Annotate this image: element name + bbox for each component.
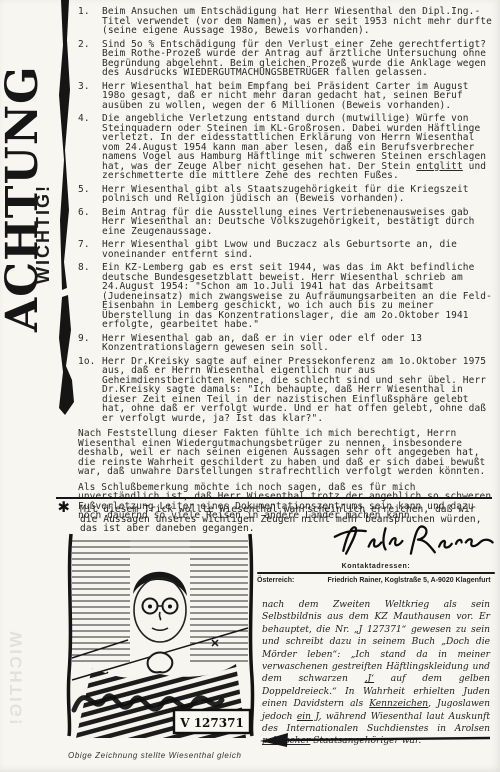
- list-item: 9. Herr Wiesenthal gab an, daß er in vie…: [78, 334, 492, 353]
- asterisk-icon: ✱: [58, 502, 70, 512]
- document-page: ACHTUNG WICHTIG! WICHTIG! 1. Beim Ansuch…: [0, 0, 500, 772]
- item-text: Herr Dr.Kreisky sagte auf einer Presseko…: [102, 357, 492, 424]
- item-number: 7.: [78, 240, 102, 259]
- item-number: 3.: [78, 82, 102, 111]
- item-text: Ein KZ-Lemberg gab es erst seit 1944, wa…: [102, 263, 492, 330]
- list-item: 7. Herr Wiesenthal gibt Lwow und Buczacz…: [78, 240, 492, 259]
- contact-divider: [257, 572, 495, 574]
- item-number: 1o.: [78, 357, 102, 424]
- item-number: 9.: [78, 334, 102, 353]
- brush-stroke-divider: [50, 0, 78, 420]
- divider-line: [56, 497, 492, 499]
- main-text-column: 1. Beim Ansuchen um Entschädigung hat He…: [78, 7, 492, 521]
- portrait-sketch: V 127371: [62, 532, 258, 748]
- list-item: 1o. Herr Dr.Kreisky sagte auf einer Pres…: [78, 357, 492, 424]
- contact-block: Kontaktadressen: Österreich: Friedrich R…: [257, 563, 495, 584]
- list-item: 1. Beim Ansuchen um Entschädigung hat He…: [78, 7, 492, 36]
- list-item: 4. Die angebliche Verletzung entstand du…: [78, 114, 492, 181]
- signature: Fridl Rainer: [332, 518, 494, 564]
- list-item: 8. Ein KZ-Lemberg gab es erst seit 1944,…: [78, 263, 492, 330]
- contact-address: Friedrich Rainer, Koglstraße 5, A-9020 K…: [323, 577, 495, 584]
- arrow-left-icon: [258, 730, 492, 750]
- contact-country: Österreich:: [257, 577, 323, 584]
- signature-scrawl: [332, 518, 494, 564]
- ghost-text: WICHTIG!: [4, 612, 30, 746]
- item-number: 4.: [78, 114, 102, 181]
- item-text: Herr Wiesenthal hat beim Empfang bei Prä…: [102, 82, 492, 111]
- item-text: Sind 5o % Entschädigung für den Verlust …: [102, 40, 492, 78]
- numbered-list: 1. Beim Ansuchen um Entschädigung hat He…: [78, 7, 492, 423]
- item-number: 6.: [78, 208, 102, 237]
- item-number: 2.: [78, 40, 102, 78]
- closing-paragraph-1: Nach Feststellung dieser Fakten fühlte i…: [78, 429, 492, 477]
- item-number: 5.: [78, 185, 102, 204]
- item-text: Herr Wiesenthal gab an, daß er in vier o…: [102, 334, 492, 353]
- list-item: 2. Sind 5o % Entschädigung für den Verlu…: [78, 40, 492, 78]
- item-text: Die angebliche Verletzung entstand durch…: [102, 114, 492, 181]
- list-item: 6. Beim Antrag für die Ausstellung eines…: [78, 208, 492, 237]
- drawing-caption: Obige Zeichnung stellte Wiesenthal gleic…: [68, 751, 298, 760]
- list-item: 5. Herr Wiesenthal gibt als Staatszugehö…: [78, 185, 492, 204]
- item-number: 8.: [78, 263, 102, 330]
- excerpt-text: nach dem Zweiten Weltkrieg als sein Selb…: [262, 599, 490, 748]
- list-item: 3. Herr Wiesenthal hat beim Empfang bei …: [78, 82, 492, 111]
- signature-name: Fridl Rainer: [494, 518, 495, 519]
- item-text: Herr Wiesenthal gibt Lwow und Buczacz al…: [102, 240, 492, 259]
- prisoner-number: V 127371: [179, 716, 244, 730]
- item-number: 1.: [78, 7, 102, 36]
- item-text: Beim Ansuchen um Entschädigung hat Herr …: [102, 7, 492, 36]
- item-text: Herr Wiesenthal gibt als Staatszugehörig…: [102, 185, 492, 204]
- item-text: Beim Antrag für die Ausstellung eines Ve…: [102, 208, 492, 237]
- contact-heading: Kontaktadressen:: [257, 563, 495, 570]
